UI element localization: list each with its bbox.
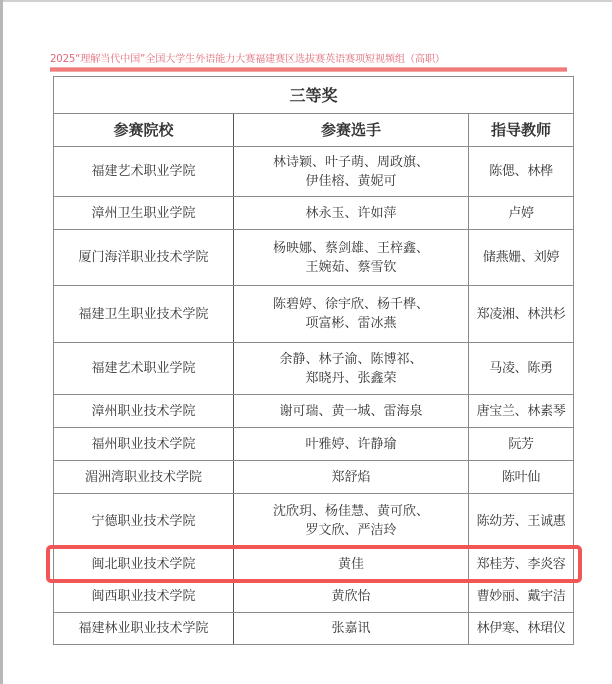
school-cell: 漳州卫生职业学院	[54, 197, 234, 230]
players-cell: 郑舒焰	[234, 461, 469, 494]
awards-table: 三等奖 参赛院校 参赛选手 指导教师 福建艺术职业学院 林诗颖、叶子萌、周政旗、…	[53, 76, 574, 645]
table-row: 宁德职业技术学院 沈欣玥、杨佳慧、黄可欣、罗文欣、严洁玲 陈幼芳、王诚惠	[54, 494, 574, 549]
players-line: 项富彬、雷冰燕	[234, 314, 468, 333]
players-cell: 张嘉讯	[234, 613, 469, 645]
school-cell: 湄洲湾职业技术学院	[54, 461, 234, 494]
title-underline-rule	[50, 67, 567, 72]
teachers-cell: 林伊寒、林珺仪	[469, 613, 574, 645]
document-title: 2025“理解当代中国”全国大学生外语能力大赛福建赛区选拔赛英语赛项短视频组（高…	[50, 50, 570, 65]
teachers-cell: 曹妙丽、戴宇洁	[469, 581, 574, 613]
award-level-title: 三等奖	[54, 77, 574, 114]
players-line: 杨映娜、蔡剑雄、王梓鑫、	[234, 239, 468, 258]
players-cell: 黄欣怡	[234, 581, 469, 613]
school-cell: 厦门海洋职业技术学院	[54, 230, 234, 286]
players-line: 王婉茹、蔡雪钦	[234, 258, 468, 277]
table-row: 漳州职业技术学院 谢可瑞、黄一城、雷海泉 唐宝兰、林素琴	[54, 395, 574, 428]
teachers-cell: 阮芳	[469, 428, 574, 461]
teachers-cell: 陈叶仙	[469, 461, 574, 494]
players-line: 沈欣玥、杨佳慧、黄可欣、	[234, 502, 468, 521]
page-frame-left	[0, 0, 3, 684]
table-row: 福州职业技术学院 叶雅婷、许静瑜 阮芳	[54, 428, 574, 461]
table-row: 福建艺术职业学院 林诗颖、叶子萌、周政旗、伊佳榕、黄妮可 陈偲、林桦	[54, 147, 574, 197]
players-cell: 林永玉、许如萍	[234, 197, 469, 230]
teachers-cell: 储燕姗、刘婷	[469, 230, 574, 286]
teachers-cell: 陈偲、林桦	[469, 147, 574, 197]
table-row: 福建林业职业技术学院 张嘉讯 林伊寒、林珺仪	[54, 613, 574, 645]
school-cell: 闽北职业技术学院	[54, 549, 234, 581]
table-row: 厦门海洋职业技术学院 杨映娜、蔡剑雄、王梓鑫、王婉茹、蔡雪钦 储燕姗、刘婷	[54, 230, 574, 286]
page-frame-top	[0, 0, 612, 2]
school-cell: 福建林业职业技术学院	[54, 613, 234, 645]
header-players: 参赛选手	[234, 114, 469, 147]
players-line: 伊佳榕、黄妮可	[234, 172, 468, 191]
header-teachers: 指导教师	[469, 114, 574, 147]
players-cell: 叶雅婷、许静瑜	[234, 428, 469, 461]
table-row: 福建艺术职业学院 余静、林子渝、陈博祁、郑晓丹、张鑫荣 马凌、陈勇	[54, 343, 574, 395]
players-line: 余静、林子渝、陈博祁、	[234, 350, 468, 369]
teachers-cell: 马凌、陈勇	[469, 343, 574, 395]
header-row: 参赛院校 参赛选手 指导教师	[54, 114, 574, 147]
school-cell: 福建卫生职业技术学院	[54, 286, 234, 343]
players-line: 郑晓丹、张鑫荣	[234, 369, 468, 388]
players-cell: 谢可瑞、黄一城、雷海泉	[234, 395, 469, 428]
school-cell: 福建艺术职业学院	[54, 343, 234, 395]
players-line: 陈碧婷、徐宇欣、杨千桦、	[234, 295, 468, 314]
teachers-cell: 郑桂芳、李炎容	[469, 549, 574, 581]
table-row: 湄洲湾职业技术学院 郑舒焰 陈叶仙	[54, 461, 574, 494]
school-cell: 宁德职业技术学院	[54, 494, 234, 549]
school-cell: 福建艺术职业学院	[54, 147, 234, 197]
table-row: 闽西职业技术学院 黄欣怡 曹妙丽、戴宇洁	[54, 581, 574, 613]
players-line: 罗文欣、严洁玲	[234, 521, 468, 540]
table-row-highlighted: 闽北职业技术学院 黄佳 郑桂芳、李炎容	[54, 549, 574, 581]
teachers-cell: 郑凌湘、林洪杉	[469, 286, 574, 343]
players-cell: 陈碧婷、徐宇欣、杨千桦、项富彬、雷冰燕	[234, 286, 469, 343]
school-cell: 闽西职业技术学院	[54, 581, 234, 613]
players-cell: 林诗颖、叶子萌、周政旗、伊佳榕、黄妮可	[234, 147, 469, 197]
school-cell: 漳州职业技术学院	[54, 395, 234, 428]
players-cell: 沈欣玥、杨佳慧、黄可欣、罗文欣、严洁玲	[234, 494, 469, 549]
players-cell: 黄佳	[234, 549, 469, 581]
teachers-cell: 唐宝兰、林素琴	[469, 395, 574, 428]
school-cell: 福州职业技术学院	[54, 428, 234, 461]
header-school: 参赛院校	[54, 114, 234, 147]
table-row: 漳州卫生职业学院 林永玉、许如萍 卢婷	[54, 197, 574, 230]
players-cell: 杨映娜、蔡剑雄、王梓鑫、王婉茹、蔡雪钦	[234, 230, 469, 286]
players-cell: 余静、林子渝、陈博祁、郑晓丹、张鑫荣	[234, 343, 469, 395]
teachers-cell: 陈幼芳、王诚惠	[469, 494, 574, 549]
teachers-cell: 卢婷	[469, 197, 574, 230]
award-level-row: 三等奖	[54, 77, 574, 114]
table-row: 福建卫生职业技术学院 陈碧婷、徐宇欣、杨千桦、项富彬、雷冰燕 郑凌湘、林洪杉	[54, 286, 574, 343]
players-line: 林诗颖、叶子萌、周政旗、	[234, 153, 468, 172]
